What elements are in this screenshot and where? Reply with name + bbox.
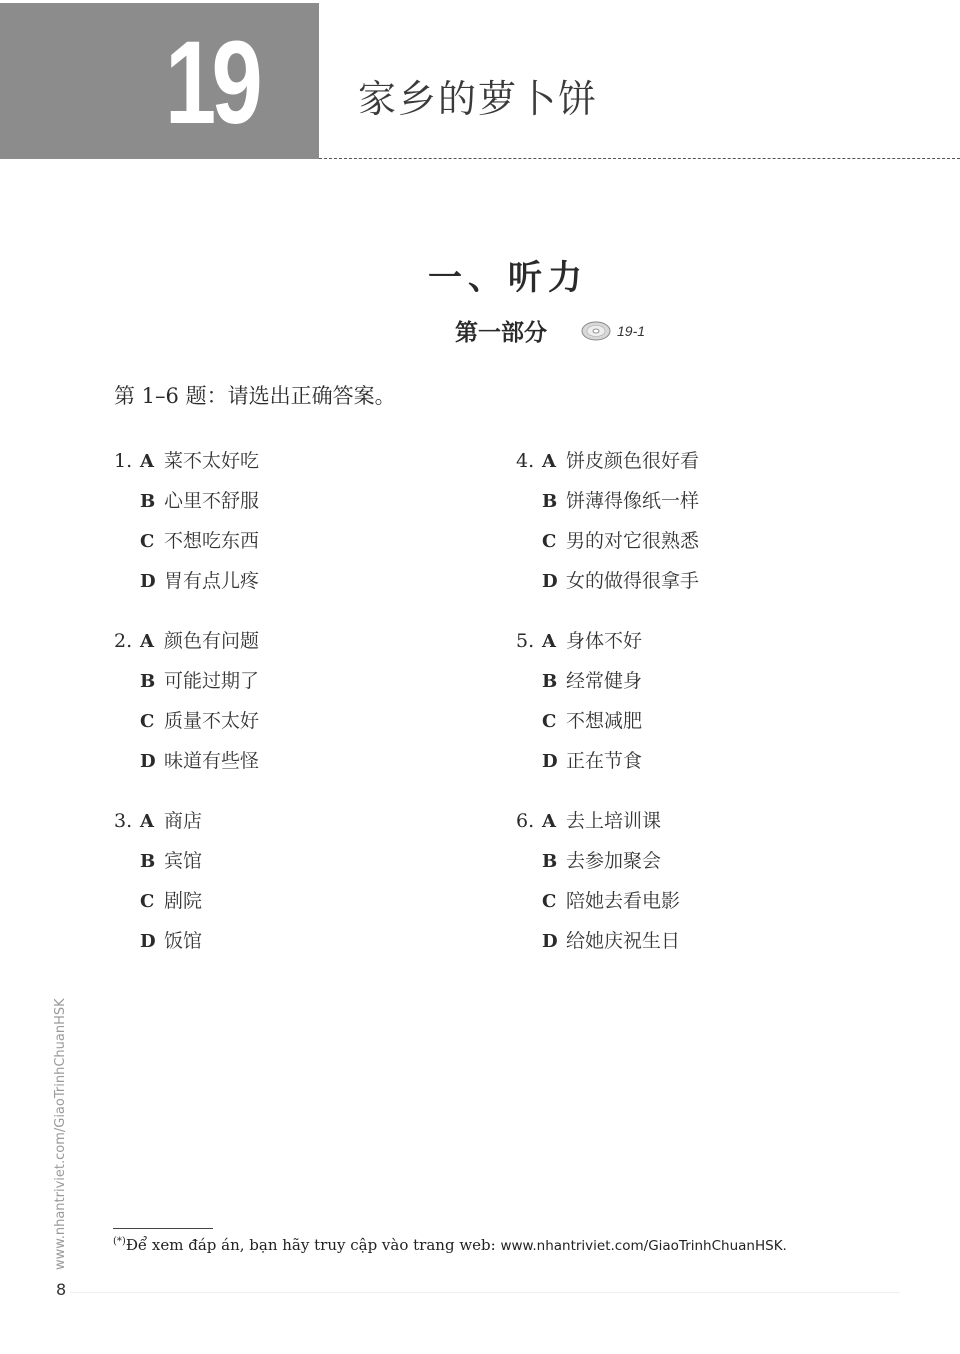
question-6: 6.A去上培训课 B去参加聚会 C陪她去看电影 D给她庆祝生日 [516,806,856,966]
option-text: 心里不舒服 [164,486,259,513]
option-letter: B [140,671,164,692]
option-text: 不想减肥 [566,706,642,733]
option-text: 身体不好 [566,626,642,653]
option-letter: A [140,451,164,472]
option-row: 6.A去上培训课 [516,806,856,846]
option-letter: D [140,931,164,952]
question-3: 3.A商店 B宾馆 C剧院 D饭馆 [114,806,454,966]
option-letter: B [542,851,566,872]
bottom-divider [70,1292,900,1293]
option-row: C不想减肥 [516,706,856,746]
option-row: 5.A身体不好 [516,626,856,666]
footnote-divider [113,1228,213,1229]
option-letter: B [542,671,566,692]
option-text: 宾馆 [164,846,202,873]
option-text: 胃有点儿疼 [164,566,259,593]
cd-icon [581,320,611,342]
footnote-url[interactable]: www.nhantriviet.com/GiaoTrinhChuanHSK. [500,1238,786,1254]
option-letter: D [542,931,566,952]
option-letter: A [140,631,164,652]
option-row: D女的做得很拿手 [516,566,856,606]
footnote: (*)Để xem đáp án, bạn hãy truy cập vào t… [113,1236,787,1254]
option-row: C男的对它很熟悉 [516,526,856,566]
option-row: B饼薄得像纸一样 [516,486,856,526]
option-letter: A [542,811,566,832]
option-row: B经常健身 [516,666,856,706]
chapter-number: 19 [165,18,251,148]
audio-track-label: 19-1 [617,323,645,339]
option-letter: C [140,531,164,552]
option-letter: D [140,751,164,772]
option-row: C陪她去看电影 [516,886,856,926]
option-letter: A [542,451,566,472]
option-row: C剧院 [114,886,454,926]
option-letter: B [542,491,566,512]
option-text: 去参加聚会 [566,846,661,873]
option-row: B去参加聚会 [516,846,856,886]
option-text: 男的对它很熟悉 [566,526,699,553]
part-heading: 第一部分 19-1 [455,314,645,347]
option-row: B心里不舒服 [114,486,454,526]
option-letter: B [140,491,164,512]
option-row: B可能过期了 [114,666,454,706]
question-2: 2.A颜色有问题 B可能过期了 C质量不太好 D味道有些怪 [114,626,454,786]
option-text: 饼薄得像纸一样 [566,486,699,513]
option-text: 正在节食 [566,746,642,773]
question-1: 1.A菜不太好吃 B心里不舒服 C不想吃东西 D胃有点儿疼 [114,446,454,606]
option-text: 经常健身 [566,666,642,693]
header-dashed-divider [319,158,960,159]
option-text: 陪她去看电影 [566,886,680,913]
option-letter: B [140,851,164,872]
option-row: 3.A商店 [114,806,454,846]
part-title: 第一部分 [455,314,547,347]
option-row: C不想吃东西 [114,526,454,566]
option-row: D给她庆祝生日 [516,926,856,966]
option-text: 剧院 [164,886,202,913]
question-number: 5. [516,630,542,652]
option-text: 给她庆祝生日 [566,926,680,953]
question-number: 3. [114,810,140,832]
question-number: 6. [516,810,542,832]
option-row: B宾馆 [114,846,454,886]
question-5: 5.A身体不好 B经常健身 C不想减肥 D正在节食 [516,626,856,786]
option-text: 饭馆 [164,926,202,953]
option-letter: A [542,631,566,652]
option-letter: C [542,711,566,732]
option-row: D味道有些怪 [114,746,454,786]
option-row: 4.A饼皮颜色很好看 [516,446,856,486]
question-number: 1. [114,450,140,472]
option-text: 去上培训课 [566,806,661,833]
option-text: 味道有些怪 [164,746,259,773]
option-letter: D [542,571,566,592]
side-watermark: www.nhantriviet.com/GiaoTrinhChuanHSK [53,998,68,1270]
section-title: 一、听力 [428,250,588,299]
option-text: 质量不太好 [164,706,259,733]
option-letter: D [140,571,164,592]
option-letter: C [542,531,566,552]
option-text: 不想吃东西 [164,526,259,553]
option-letter: C [140,711,164,732]
option-row: D饭馆 [114,926,454,966]
option-text: 饼皮颜色很好看 [566,446,699,473]
option-letter: C [140,891,164,912]
chapter-title: 家乡的萝卜饼 [358,68,598,123]
option-row: D胃有点儿疼 [114,566,454,606]
option-row: D正在节食 [516,746,856,786]
option-row: C质量不太好 [114,706,454,746]
question-number: 4. [516,450,542,472]
instruction-text: 第 1–6 题：请选出正确答案。 [114,380,396,410]
footnote-marker: (*) [113,1236,126,1247]
chapter-number-block [0,3,319,159]
option-row: 1.A菜不太好吃 [114,446,454,486]
question-number: 2. [114,630,140,652]
question-4: 4.A饼皮颜色很好看 B饼薄得像纸一样 C男的对它很熟悉 D女的做得很拿手 [516,446,856,606]
option-text: 商店 [164,806,202,833]
option-text: 颜色有问题 [164,626,259,653]
option-text: 女的做得很拿手 [566,566,699,593]
page-number: 8 [56,1280,66,1299]
option-text: 菜不太好吃 [164,446,259,473]
option-letter: D [542,751,566,772]
option-letter: C [542,891,566,912]
option-letter: A [140,811,164,832]
option-text: 可能过期了 [164,666,259,693]
option-row: 2.A颜色有问题 [114,626,454,666]
footnote-text: Để xem đáp án, bạn hãy truy cập vào tran… [126,1236,501,1254]
